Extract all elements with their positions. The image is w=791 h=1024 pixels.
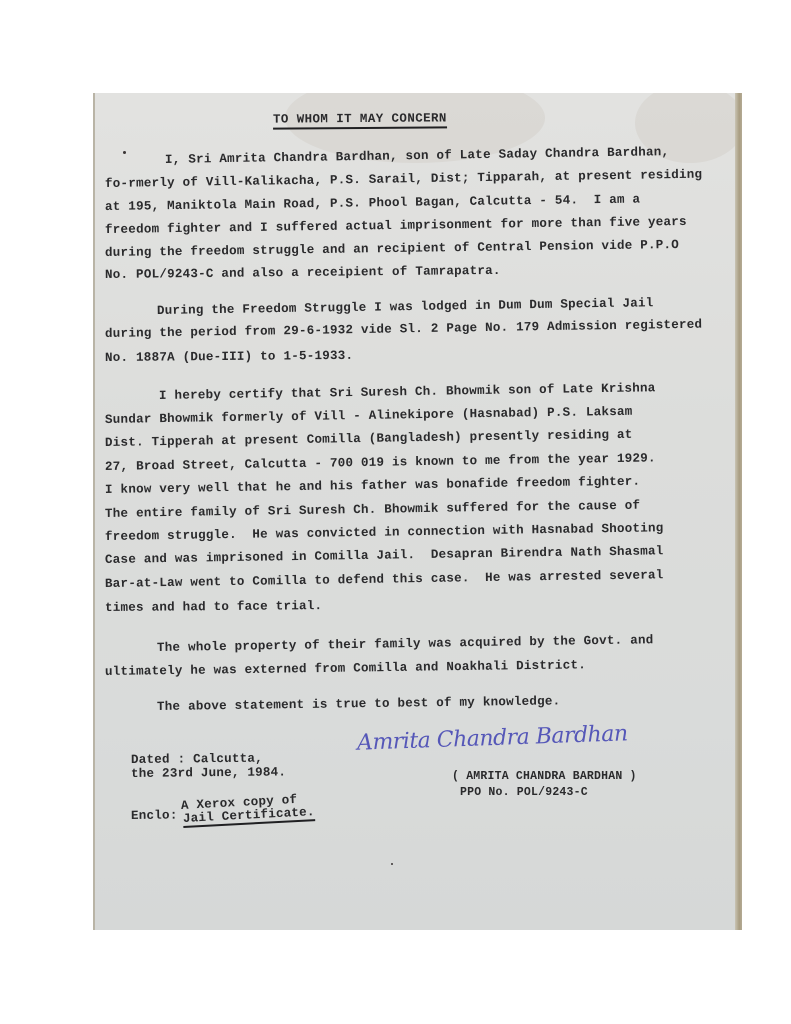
dated-place: Dated : Calcutta,: [131, 752, 263, 767]
scanned-letter-page: TO WHOM IT MAY CONCERN I, Sri Amrita Cha…: [93, 93, 742, 930]
paragraph-3-line: Sundar Bhowmik formerly of Vill - Alinek…: [105, 405, 633, 427]
handwritten-signature: Amrita Chandra Bardhan: [357, 721, 628, 755]
paragraph-2-line: No. 1887A (Due-III) to 1-5-1933.: [105, 349, 353, 365]
paragraph-1-line: No. POL/9243-C and also a receipient of …: [105, 264, 501, 282]
paragraph-2-line: During the Freedom Struggle I was lodged…: [157, 296, 654, 318]
paragraph-5-line: The above statement is true to best of m…: [157, 694, 561, 714]
paragraph-3-line: The entire family of Sri Suresh Ch. Bhow…: [105, 499, 640, 521]
paragraph-3-line: Case and was imprisoned in Comilla Jail.…: [105, 544, 664, 567]
paragraph-4-line: The whole property of their family was a…: [157, 633, 654, 655]
paragraph-1-line: I, Sri Amrita Chandra Bardhan, son of La…: [165, 145, 669, 167]
paragraph-3-line: I hereby certify that Sri Suresh Ch. Bho…: [159, 381, 656, 403]
paragraph-2-line: during the period from 29-6-1932 vide Sl…: [105, 318, 702, 341]
dated-date: the 23rd June, 1984.: [131, 765, 286, 781]
enclosure-label: Enclo:: [131, 809, 178, 823]
paragraph-1-line: freedom fighter and I suffered actual im…: [105, 215, 687, 237]
paragraph-1-line: at 195, Maniktola Main Road, P.S. Phool …: [105, 193, 640, 214]
paragraph-3-line: freedom struggle. He was convicted in co…: [105, 521, 664, 544]
paragraph-4-line: ultimately he was externed from Comilla …: [105, 658, 586, 679]
paragraph-1-line: fo-rmerly of Vill-Kalikacha, P.S. Sarail…: [105, 168, 702, 191]
paragraph-3-line: I know very well that he and his father …: [105, 475, 640, 497]
paragraph-1-line: during the freedom struggle and an recip…: [105, 238, 679, 260]
typed-signatory-name: ( AMRITA CHANDRA BARDHAN ): [452, 770, 637, 783]
letter-title: TO WHOM IT MAY CONCERN: [273, 111, 447, 129]
paragraph-3-line: times and had to face trial.: [105, 599, 322, 615]
ppo-number: PPO No. POL/9243-C: [460, 786, 588, 799]
paragraph-3-line: Dist. Tipperah at present Comilla (Bangl…: [105, 428, 633, 450]
paragraph-3-line: Bar-at-Law went to Comilla to defend thi…: [105, 568, 664, 591]
paragraph-3-line: 27, Broad Street, Calcutta - 700 019 is …: [105, 451, 656, 474]
typewritten-content: TO WHOM IT MAY CONCERN I, Sri Amrita Cha…: [95, 93, 742, 930]
